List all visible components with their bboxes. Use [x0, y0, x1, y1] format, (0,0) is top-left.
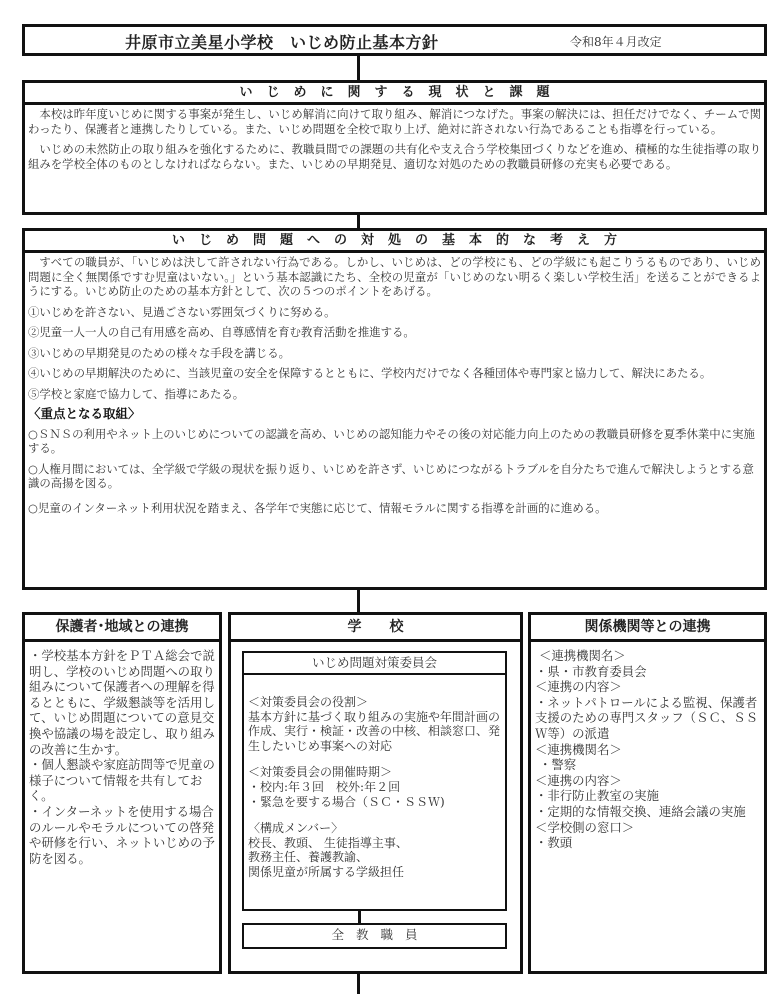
parents-community-box: 保護者･地域との連携 ・学校基本方針をＰＴＡ総会で説明し、学校のいじめ問題への取… [22, 612, 222, 974]
column-heading: 関係機関等との連携 [531, 615, 764, 642]
members-line: 教務主任、養護教諭、 [248, 850, 501, 865]
list-item: ・非行防止教室の実施 [535, 788, 760, 804]
connector-line [358, 911, 361, 923]
intro-paragraph: すべての職員が、「いじめは決して許されない行為である。しかし、いじめは、どの学校… [28, 255, 761, 299]
schedule-heading: ＜対策委員会の開催時期＞ [248, 765, 501, 780]
policy-point: ③いじめの早期発見のための様々な手段を講じる。 [28, 346, 761, 361]
list-item: ・県・市教育委員会 [535, 664, 760, 680]
list-item: ・ネットパトロールによる監視、保護者支援のための専門スタッフ（ＳＣ、ＳＳＷ等）の… [535, 695, 760, 742]
title-box: 井原市立美星小学校 いじめ防止基本方針 令和8年４月改定 [22, 24, 767, 56]
page-title: 井原市立美星小学校 いじめ防止基本方針 [125, 30, 439, 53]
connector-line [357, 974, 360, 994]
policy-point: ②児童一人一人の自己有用感を高め、自尊感情を育む教育活動を推進する。 [28, 325, 761, 340]
list-item: ・定期的な情報交換、連絡会議の実施 [535, 804, 760, 820]
list-item: ・学校基本方針をＰＴＡ総会で説明し、学校のいじめ問題への取り組みについて保護者へ… [29, 648, 215, 757]
school-box: 学 校 いじめ問題対策委員会 ＜対策委員会の役割＞ 基本方針に基づく取り組みの実… [228, 612, 523, 974]
committee-box: いじめ問題対策委員会 ＜対策委員会の役割＞ 基本方針に基づく取り組みの実施や年間… [242, 651, 507, 911]
list-item: ・個人懇談や家庭訪問等で児童の様子について情報を共有しておく。 [29, 757, 215, 804]
list-item: ・教頭 [535, 835, 760, 851]
policy-point: ⑤学校と家庭で協力して、指導にあたる。 [28, 387, 761, 402]
column-heading: 学 校 [231, 615, 520, 642]
schedule-item: ・緊急を要する場合（ＳＣ・ＳＳＷ) [248, 795, 501, 810]
section-heading: いじめに関する現状と課題 [25, 83, 764, 105]
role-text: 基本方針に基づく取り組みの実施や年間計画の作成、実行・検証・改善の中核、相談窓口… [248, 710, 501, 754]
members-line: 校長、教頭、 生徒指導主事、 [248, 836, 501, 851]
list-item: ・インターネットを使用する場合のルールやモラルについての啓発や研修を行い、ネット… [29, 804, 215, 866]
policy-point: ④いじめの早期解決のために、当該児童の安全を保障するとともに、学校内だけでなく各… [28, 366, 761, 381]
role-heading: ＜対策委員会の役割＞ [248, 695, 501, 710]
schedule-item: ・校内:年３回 校外:年２回 [248, 780, 501, 795]
focus-heading: 〈重点となる取組〉 [28, 407, 761, 422]
focus-item: ○人権月間においては、全学級で学級の現状を振り返り、いじめを許さず、いじめにつな… [28, 462, 761, 491]
focus-item: ○児童のインターネット利用状況を踏まえ、各学年で実態に応じて、情報モラルに関する… [28, 501, 761, 516]
list-item: ＜連携機関名＞ [535, 742, 760, 758]
list-item: ＜連携機関名＞ [535, 648, 760, 664]
policy-point: ①いじめを許さない、見過ごさない雰囲気づくりに努める。 [28, 305, 761, 320]
column-heading: 保護者･地域との連携 [25, 615, 219, 642]
members-heading: 〈構成メンバー〉 [248, 821, 501, 836]
focus-item: ○ＳＮＳの利用やネット上のいじめについての認識を高め、いじめの認知能力やその後の… [28, 427, 761, 456]
related-agencies-box: 関係機関等との連携 ＜連携機関名＞ ・県・市教育委員会 ＜連携の内容＞ ・ネット… [528, 612, 767, 974]
members-line: 関係児童が所属する学級担任 [248, 865, 501, 880]
paragraph: いじめの未然防止の取り組みを強化するために、教職員間での課題の共有化や支え合う学… [28, 142, 761, 171]
list-item: ＜連携の内容＞ [535, 679, 760, 695]
current-issues-section: いじめに関する現状と課題 本校は昨年度いじめに関する事案が発生し、いじめ解消に向… [22, 80, 767, 215]
section-heading: いじめ問題への対処の基本的な考え方 [25, 231, 764, 253]
list-item: ＜学校側の窓口＞ [535, 820, 760, 836]
revision-date: 令和8年４月改定 [570, 33, 662, 50]
all-staff-box: 全教職員 [242, 923, 507, 949]
connector-line [357, 590, 360, 613]
committee-title: いじめ問題対策委員会 [244, 653, 505, 675]
connector-line [357, 56, 360, 81]
list-item: ・警察 [535, 757, 760, 773]
connector-line [357, 215, 360, 229]
paragraph: 本校は昨年度いじめに関する事案が発生し、いじめ解消に向けて取り組み、解消につなげ… [28, 107, 761, 136]
list-item: ＜連携の内容＞ [535, 773, 760, 789]
basic-approach-section: いじめ問題への対処の基本的な考え方 すべての職員が、「いじめは決して許されない行… [22, 228, 767, 590]
